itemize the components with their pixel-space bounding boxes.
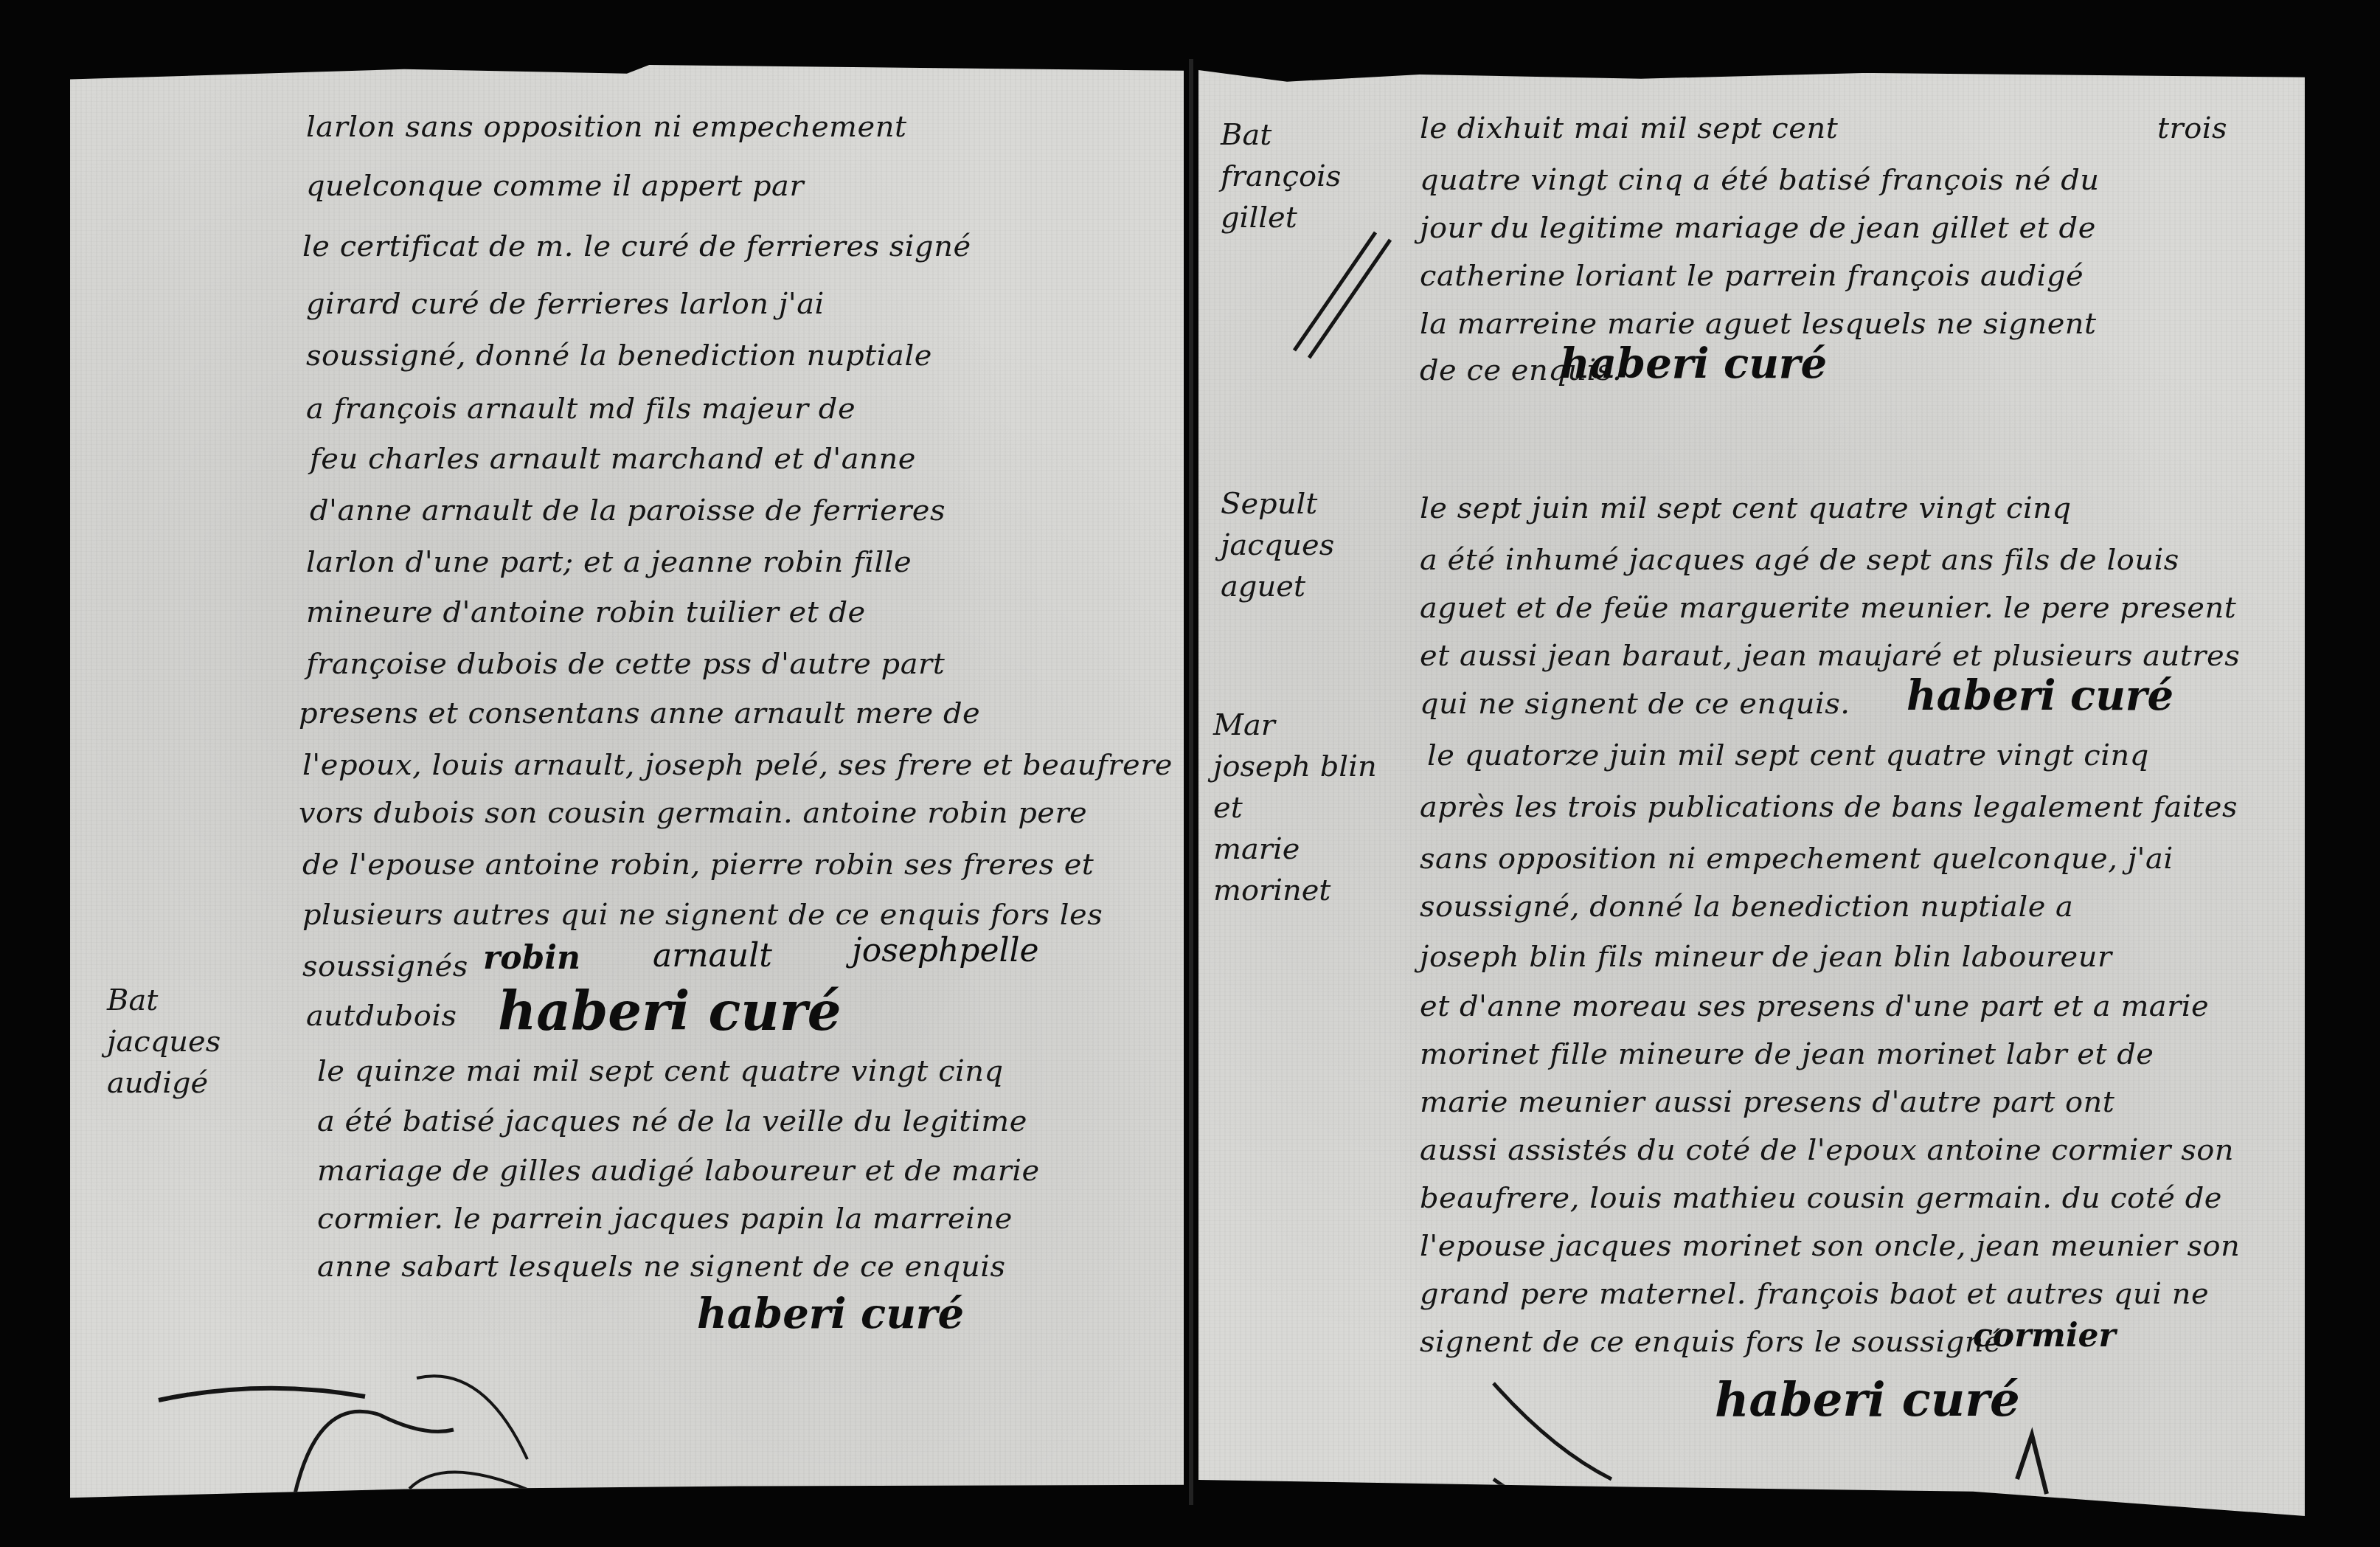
left-page: larlon sans opposition ni empechement qu… <box>70 65 1184 1503</box>
text-line: a françois arnault md fils majeur de <box>306 391 856 426</box>
text-line: le quatorze juin mil sept cent quatre vi… <box>1427 738 2149 773</box>
priest-signature: haberi curé <box>498 980 841 1042</box>
pen-flourish-icon <box>1198 1368 2305 1516</box>
priest-signature: haberi curé <box>1560 339 1827 388</box>
text-line: signent de ce enquis fors le soussigné <box>1420 1324 2002 1360</box>
signatures-label: soussignés <box>302 949 468 984</box>
margin-note: Bat jacques audigé <box>107 980 221 1104</box>
text-line: larlon sans opposition ni empechement <box>306 109 907 145</box>
pen-flourish-icon <box>70 1349 1184 1496</box>
text-line: cormier. le parrein jacques papin la mar… <box>317 1201 1013 1236</box>
text-line: mineure d'antoine robin tuilier et de <box>306 595 866 630</box>
text-line: mariage de gilles audigé laboureur et de… <box>317 1153 1040 1188</box>
text-line: l'epoux, louis arnault, joseph pelé, ses… <box>302 747 1173 783</box>
signature-robin: robin <box>483 939 580 977</box>
signature-dubois: autdubois <box>306 998 457 1034</box>
text-line: plusieurs autres qui ne signent de ce en… <box>302 897 1103 932</box>
text-line: presens et consentans anne arnault mere … <box>299 696 980 731</box>
priest-signature: haberi curé <box>1907 671 2173 720</box>
text-line: girard curé de ferrieres larlon j'ai <box>306 286 825 322</box>
text-line: vors dubois son cousin germain. antoine … <box>299 795 1087 831</box>
signature-cormier: cormier <box>1973 1317 2116 1354</box>
text-line: morinet fille mineure de jean morinet la… <box>1420 1036 2154 1072</box>
margin-note: Sepult jacques aguet <box>1221 483 1334 607</box>
text-line: sans opposition ni empechement quelconqu… <box>1420 841 2173 876</box>
text-line: le certificat de m. le curé de ferrieres… <box>302 229 971 264</box>
margin-note: Mar joseph blin et marie morinet <box>1213 705 1377 911</box>
text-line: et aussi jean baraut, jean maujaré et pl… <box>1420 638 2240 674</box>
text-line: soussigné, donné la benediction nuptiale <box>306 338 932 373</box>
text-line: d'anne arnault de la paroisse de ferrier… <box>310 493 946 528</box>
text-line: qui ne signent de ce enquis. <box>1420 686 1850 721</box>
text-line: l'epouse jacques morinet son oncle, jean… <box>1420 1228 2240 1264</box>
text-line: de l'epouse antoine robin, pierre robin … <box>302 847 1094 882</box>
text-line: joseph blin fils mineur de jean blin lab… <box>1420 939 2112 975</box>
text-line: aussi assistés du coté de l'epoux antoin… <box>1420 1132 2234 1168</box>
text-line: et d'anne moreau ses presens d'une part … <box>1420 989 2209 1024</box>
text-line: la marreine marie aguet lesquels ne sign… <box>1420 306 2097 342</box>
margin-slash-icon <box>1265 218 1412 365</box>
text-line: après les trois publications de bans leg… <box>1420 789 2238 825</box>
right-page: Bat françois gillet le dixhuit mai mil s… <box>1198 70 2305 1516</box>
text-line: a été batisé jacques né de la veille du … <box>317 1104 1027 1139</box>
text-line: quelconque comme il appert par <box>306 168 804 204</box>
text-line: feu charles arnault marchand et d'anne <box>310 441 916 477</box>
text-line: anne sabart lesquels ne signent de ce en… <box>317 1249 1006 1284</box>
text-line: a été inhumé jacques agé de sept ans fil… <box>1420 542 2179 578</box>
insertion-text: trois <box>2157 111 2227 146</box>
text-line: beaufrere, louis mathieu cousin germain.… <box>1420 1180 2222 1216</box>
priest-signature: haberi curé <box>697 1290 964 1338</box>
text-line: le sept juin mil sept cent quatre vingt … <box>1420 491 2072 526</box>
text-line: le quinze mai mil sept cent quatre vingt… <box>317 1053 1004 1089</box>
text-line: marie meunier aussi presens d'autre part… <box>1420 1084 2114 1120</box>
text-line: catherine loriant le parrein françois au… <box>1420 258 2084 294</box>
text-line: françoise dubois de cette pss d'autre pa… <box>306 646 945 682</box>
text-line: larlon d'une part; et a jeanne robin fil… <box>306 544 912 580</box>
text-line: quatre vingt cinq a été batisé françois … <box>1420 162 2100 198</box>
book-spine <box>1189 59 1193 1505</box>
text-line: aguet et de feüe marguerite meunier. le … <box>1420 590 2236 626</box>
signature-arnault: arnault <box>653 937 772 975</box>
text-line: jour du legitime mariage de jean gillet … <box>1420 210 2096 246</box>
text-line: grand pere maternel. françois baot et au… <box>1420 1276 2209 1312</box>
text-line: le dixhuit mai mil sept cent <box>1420 111 1838 146</box>
signature-joseph-pelle: josephpelle <box>852 932 1039 969</box>
text-line: soussigné, donné la benediction nuptiale… <box>1420 889 2073 924</box>
